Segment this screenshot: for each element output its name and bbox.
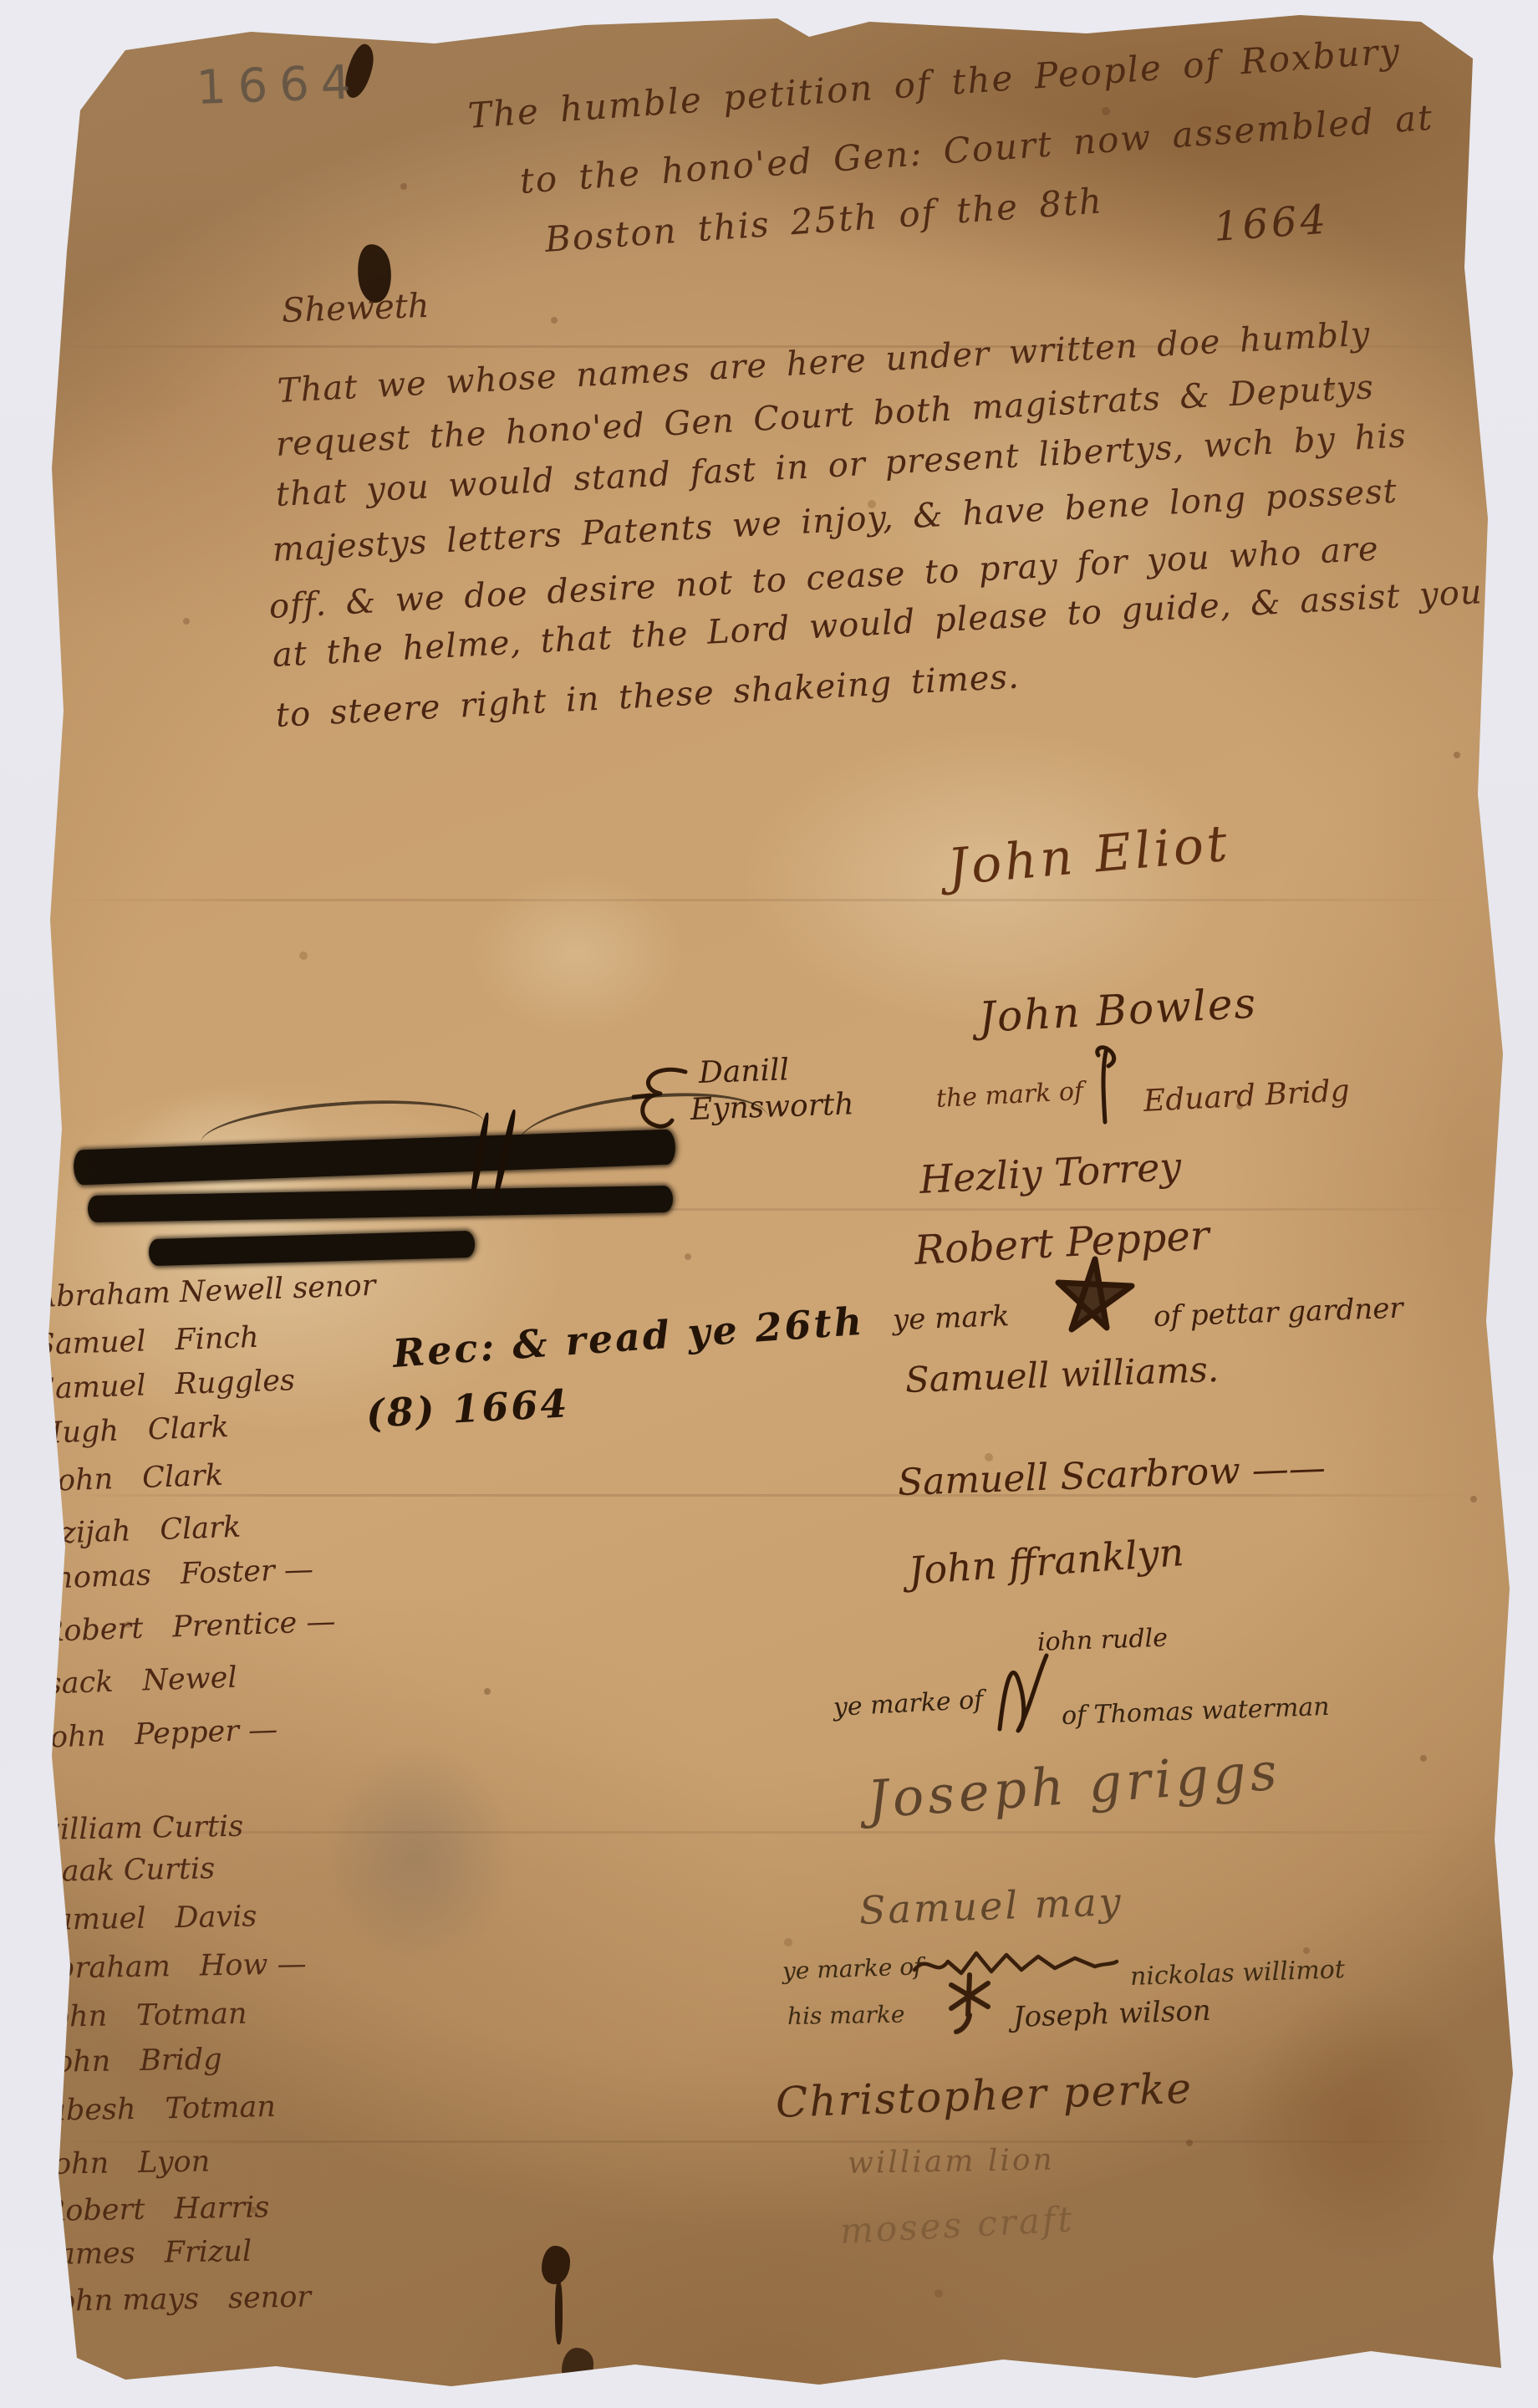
manuscript-paper: 1664 The humble petition of the People o… xyxy=(0,0,1538,2408)
scanned-document-page: 1664 The humble petition of the People o… xyxy=(0,0,1538,2408)
paper-edge-shading xyxy=(0,0,1538,2408)
paper-speckle-texture xyxy=(50,33,55,38)
